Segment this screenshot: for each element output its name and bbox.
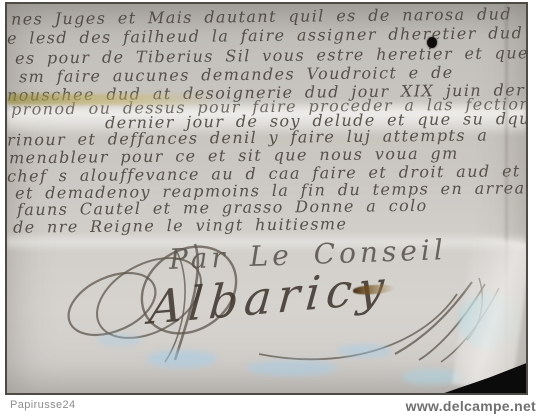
scan-blue-patch [337,344,392,358]
site-watermark: www.delcampe.net [406,398,536,414]
manuscript-line: de nre Reigne le vingt huitiesme [13,214,348,236]
scan-blue-patch [97,334,142,346]
scan-blue-patch [247,360,337,376]
manuscript-photo: nes Juges et Mais dautant quil es de nar… [5,2,528,395]
ink-stain-streak [7,94,222,105]
paper-hole-spot [427,37,437,48]
seller-watermark: Papirusse24 [10,399,76,411]
scan-blue-patch [147,350,217,368]
